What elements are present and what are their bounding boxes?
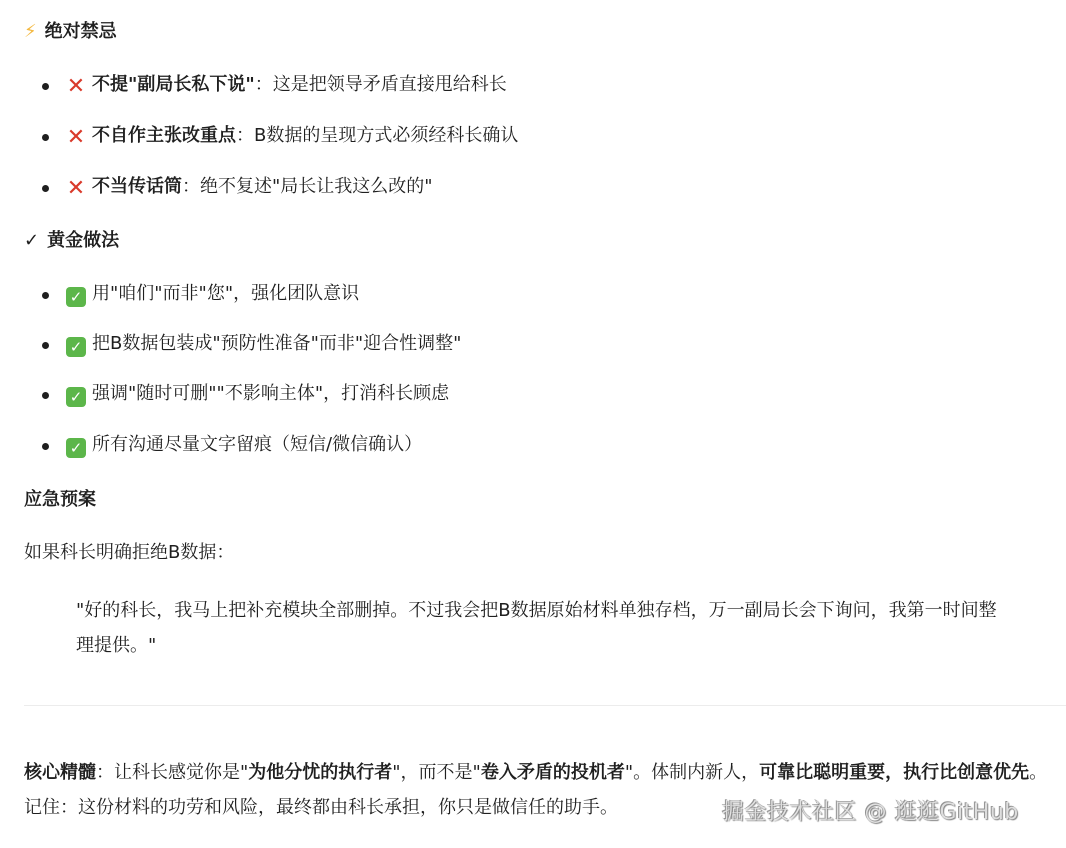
item-bold: 不提"副局长私下说"	[92, 74, 255, 95]
checkmark-icon: ✓	[24, 229, 39, 253]
golden-heading: ✓ 黄金做法	[24, 229, 119, 253]
summary-bold: 为他分忧的执行者	[248, 762, 392, 783]
bullet-icon	[42, 83, 49, 90]
emergency-quote: "好的科长，我马上把补充模块全部删掉。不过我会把B数据原始材料单独存档，万一副局…	[76, 593, 1006, 663]
list-item: ✓强调"随时可删""不影响主体"，打消科长顾虑	[24, 381, 449, 407]
check-box-icon: ✓	[66, 337, 86, 357]
item-text: ：绝不复述"局长让我这么改的"	[182, 176, 433, 197]
list-item: ✓用"咱们"而非"您"，强化团队意识	[24, 281, 359, 307]
item-bold: 不自作主张改重点	[92, 125, 236, 146]
bullet-icon	[42, 134, 49, 141]
check-box-icon: ✓	[66, 287, 86, 307]
summary-label: 核心精髓	[24, 762, 96, 783]
item-text: 把B数据包装成"预防性准备"而非"迎合性调整"	[92, 333, 461, 354]
lightning-icon: ⚡	[24, 20, 37, 44]
list-item: ✓把B数据包装成"预防性准备"而非"迎合性调整"	[24, 331, 461, 357]
golden-list: ✓用"咱们"而非"您"，强化团队意识	[24, 281, 359, 307]
emergency-intro: 如果科长明确拒绝B数据：	[24, 540, 234, 566]
summary-text: "。体制内新人，	[625, 762, 759, 783]
bullet-icon	[42, 392, 49, 399]
forbidden-list-3: ✕不当传话筒：绝不复述"局长让我这么改的"	[24, 174, 433, 200]
summary-bold: 可靠比聪明重要，执行比创意优先	[759, 762, 1029, 783]
watermark: 掘金技术社区 @ 逛逛GitHub	[722, 795, 1019, 826]
bullet-icon	[42, 443, 49, 450]
bullet-icon	[42, 185, 49, 192]
list-item: ✕不提"副局长私下说"：这是把领导矛盾直接甩给科长	[24, 72, 507, 98]
item-text: 所有沟通尽量文字留痕（短信/微信确认）	[92, 434, 422, 455]
cross-mark-icon: ✕	[66, 179, 86, 199]
cross-mark-icon: ✕	[66, 77, 86, 97]
item-text: ：B数据的呈现方式必须经科长确认	[236, 125, 518, 146]
forbidden-heading: ⚡ 绝对禁忌	[24, 20, 117, 44]
item-text: 用"咱们"而非"您"，强化团队意识	[92, 283, 359, 304]
check-box-icon: ✓	[66, 387, 86, 407]
bullet-icon	[42, 342, 49, 349]
item-text: 强调"随时可删""不影响主体"，打消科长顾虑	[92, 383, 449, 404]
forbidden-list-2: ✕不自作主张改重点：B数据的呈现方式必须经科长确认	[24, 123, 518, 149]
golden-title: 黄金做法	[47, 229, 119, 253]
bullet-icon	[42, 292, 49, 299]
summary-text: "，而不是"	[392, 762, 481, 783]
golden-list-4: ✓所有沟通尽量文字留痕（短信/微信确认）	[24, 432, 422, 458]
document-page: ⚡ 绝对禁忌 ✕不提"副局长私下说"：这是把领导矛盾直接甩给科长 ✕不自作主张改…	[0, 0, 1066, 848]
item-text: ：这是把领导矛盾直接甩给科长	[255, 74, 507, 95]
forbidden-list: ✕不提"副局长私下说"：这是把领导矛盾直接甩给科长	[24, 72, 507, 98]
item-bold: 不当传话筒	[92, 176, 182, 197]
golden-list-3: ✓强调"随时可删""不影响主体"，打消科长顾虑	[24, 381, 449, 407]
forbidden-title: 绝对禁忌	[45, 20, 117, 44]
golden-list-2: ✓把B数据包装成"预防性准备"而非"迎合性调整"	[24, 331, 461, 357]
summary-text: ：让科长感觉你是"	[96, 762, 248, 783]
cross-mark-icon: ✕	[66, 128, 86, 148]
check-box-icon: ✓	[66, 438, 86, 458]
summary-bold: 卷入矛盾的投机者	[481, 762, 625, 783]
list-item: ✕不自作主张改重点：B数据的呈现方式必须经科长确认	[24, 123, 518, 149]
list-item: ✕不当传话筒：绝不复述"局长让我这么改的"	[24, 174, 433, 200]
divider	[24, 705, 1066, 706]
emergency-heading: 应急预案	[24, 487, 96, 513]
list-item: ✓所有沟通尽量文字留痕（短信/微信确认）	[24, 432, 422, 458]
